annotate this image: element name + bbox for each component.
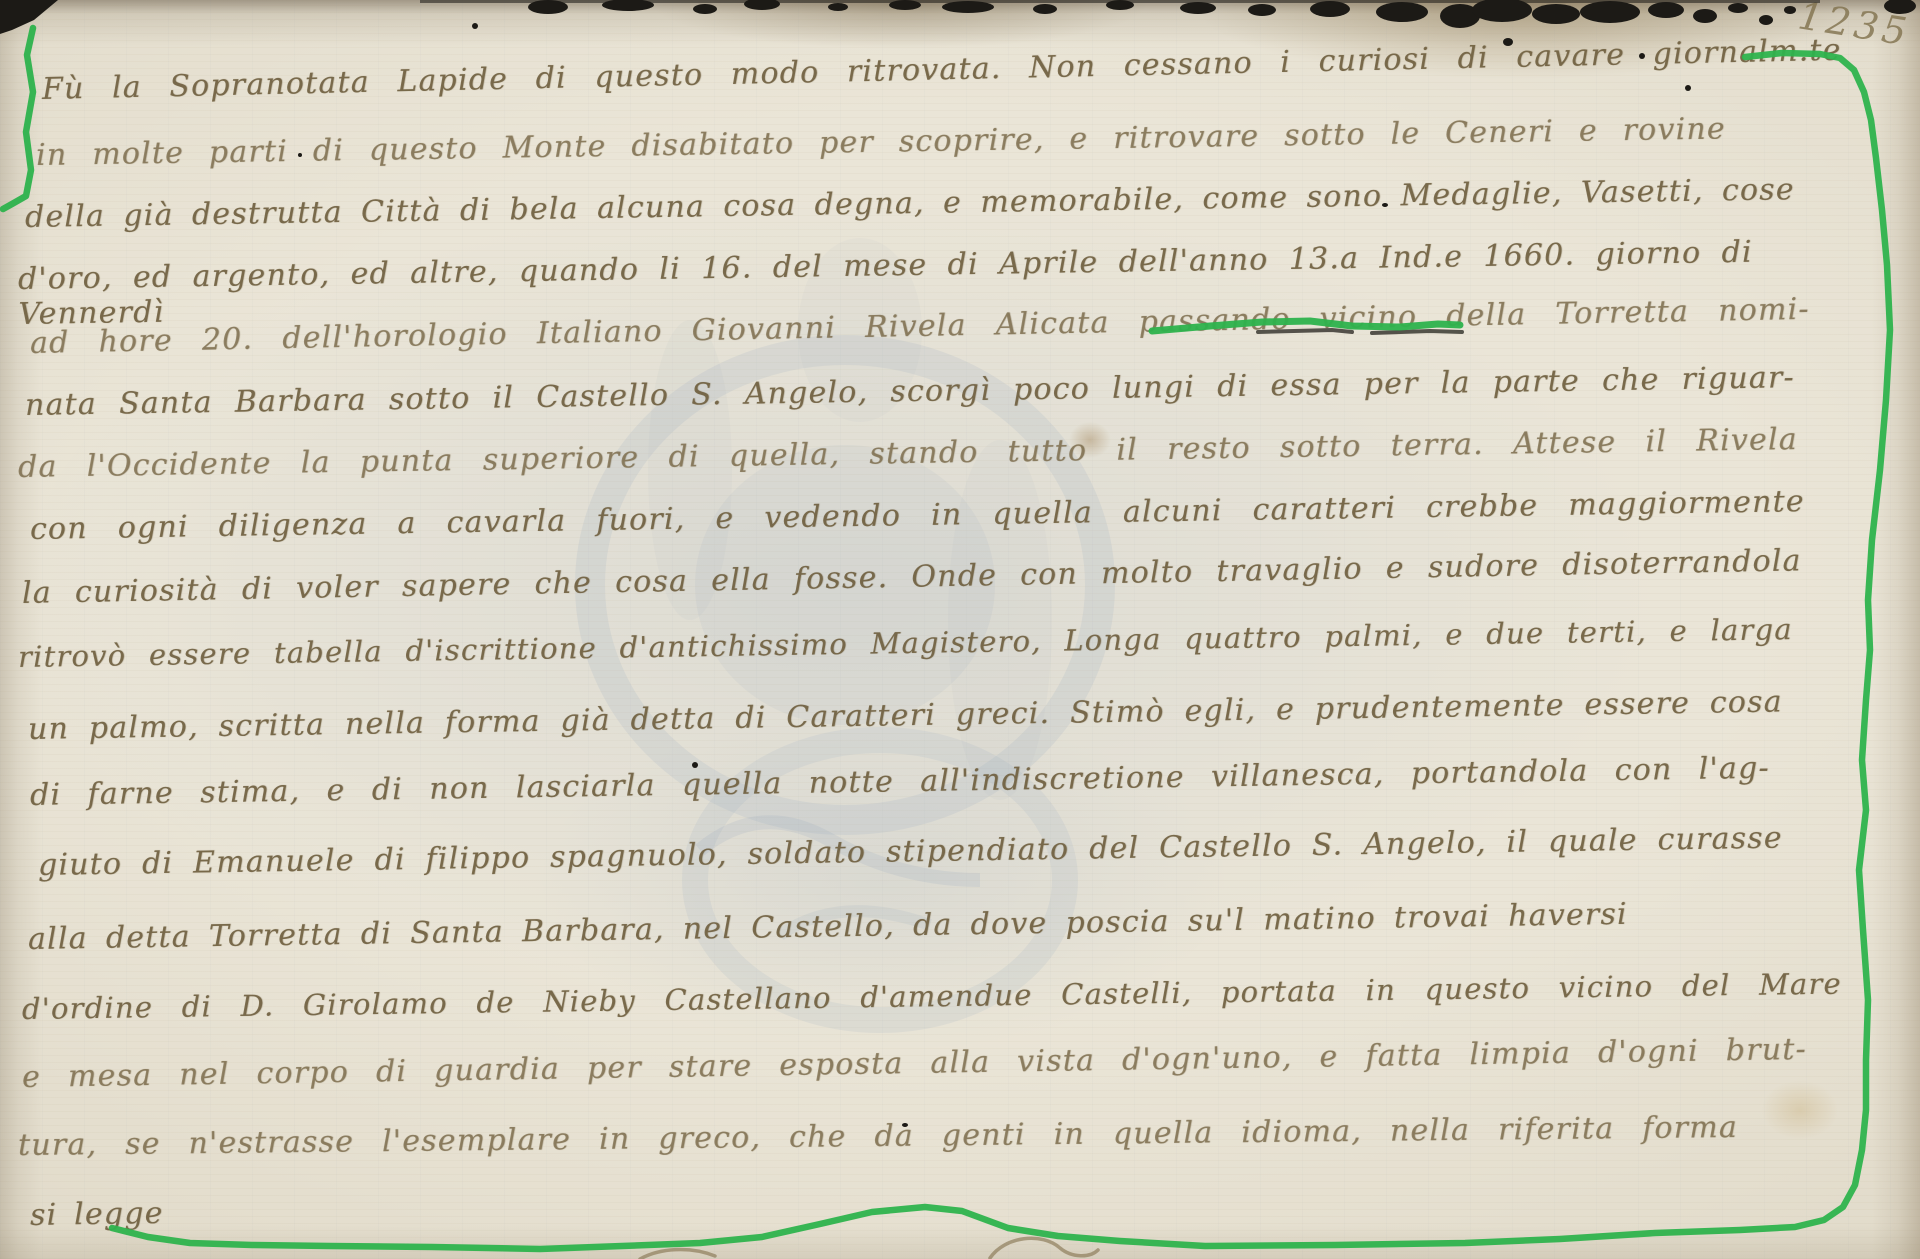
annotations-overlay [0, 0, 1920, 1259]
ink-underline-date [1258, 330, 1462, 333]
annotation-left-margin-line [3, 28, 33, 209]
ink-speckles-top-edge [0, 0, 1916, 1127]
annotation-right-bottom-border [112, 53, 1890, 1249]
manuscript-page: Fù la Sopranotata Lapide di questo modo … [0, 0, 1920, 1259]
